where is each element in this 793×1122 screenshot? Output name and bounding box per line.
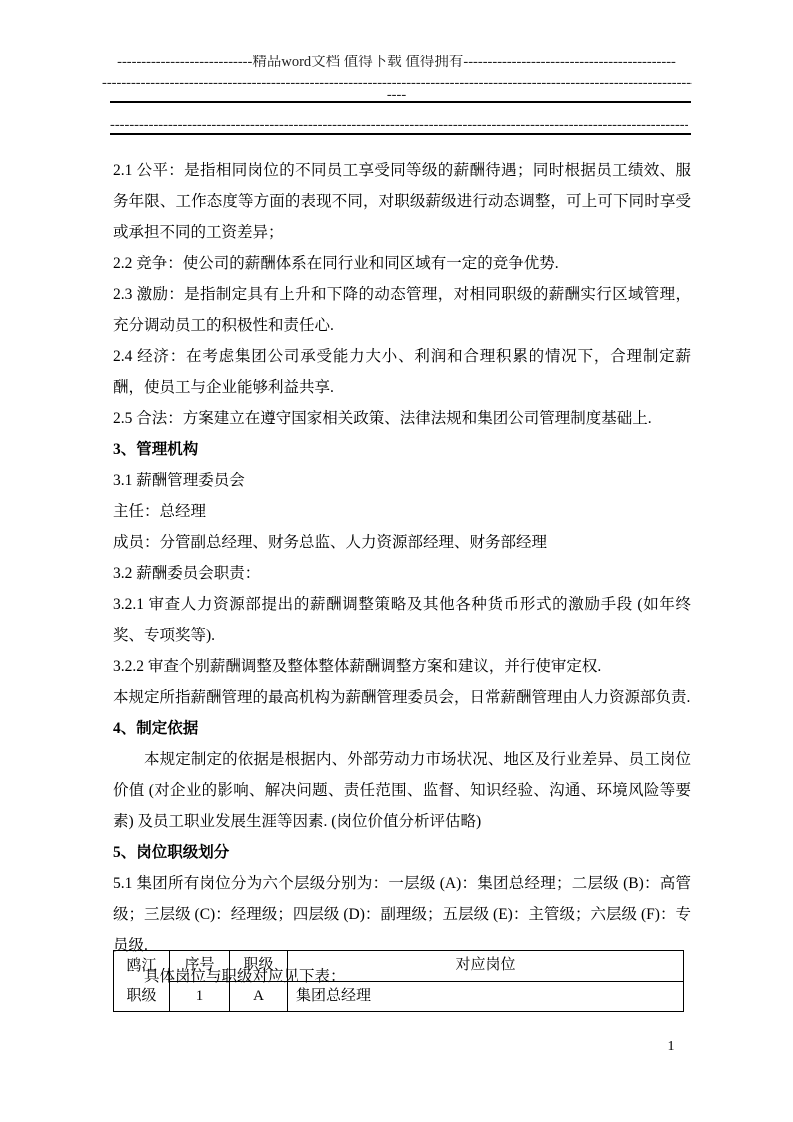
- table-corner-header: 鸥江职级: [114, 951, 170, 1012]
- paragraph-note: 本规定所指薪酬管理的最高机构为薪酬管理委员会，日常薪酬管理由人力资源部负责.: [113, 682, 691, 713]
- section-heading-5: 5、岗位职级划分: [113, 837, 691, 868]
- page-number: 1: [660, 1039, 682, 1055]
- table-header-row: 鸥江职级 序号 职级 对应岗位: [114, 951, 684, 982]
- section-heading-4: 4、制定依据: [113, 713, 691, 744]
- paragraph-basis: 本规定制定的依据是根据内、外部劳动力市场状况、地区及行业差异、员工岗位价值 (对…: [113, 744, 691, 837]
- grade-table: 鸥江职级 序号 职级 对应岗位 1 A 集团总经理: [113, 950, 684, 1012]
- document-page: ----------------------------精品word文档 值得下…: [0, 0, 793, 1122]
- section-heading-3: 3、管理机构: [113, 434, 691, 465]
- paragraph-2-5: 2.5 合法：方案建立在遵守国家相关政策、法律法规和集团公司管理制度基础上.: [113, 403, 691, 434]
- table-row: 1 A 集团总经理: [114, 981, 684, 1012]
- document-body: 2.1 公平：是指相同岗位的不同员工享受同等级的薪酬待遇；同时根据员工绩效、服务…: [113, 155, 691, 992]
- paragraph-3-2-1: 3.2.1 审查人力资源部提出的薪酬调整策略及其他各种货币形式的激励手段 (如年…: [113, 589, 691, 651]
- paragraph-2-4: 2.4 经济：在考虑集团公司承受能力大小、利润和合理积累的情况下，合理制定薪酬，…: [113, 341, 691, 403]
- paragraph-3-1: 3.1 薪酬管理委员会: [113, 465, 691, 496]
- paragraph-2-1: 2.1 公平：是指相同岗位的不同员工享受同等级的薪酬待遇；同时根据员工绩效、服务…: [113, 155, 691, 248]
- header-rule-top: [110, 101, 691, 103]
- paragraph-3-2: 3.2 薪酬委员会职责：: [113, 558, 691, 589]
- header-note: ----------------------------精品word文档 值得下…: [99, 55, 694, 70]
- table-cell-position: 集团总经理: [288, 981, 684, 1012]
- paragraph-director: 主任：总经理: [113, 496, 691, 527]
- paragraph-members: 成员：分管副总经理、财务总监、人力资源部经理、财务部经理: [113, 527, 691, 558]
- header-rule-bottom: [110, 133, 691, 135]
- header-dash-row-2: ----------------------------------------…: [110, 118, 688, 133]
- table-col-header-position: 对应岗位: [288, 951, 684, 982]
- paragraph-2-3: 2.3 激励：是指制定具有上升和下降的动态管理，对相同职级的薪酬实行区域管理，充…: [113, 279, 691, 341]
- paragraph-3-2-2: 3.2.2 审查个别薪酬调整及整体整体薪酬调整方案和建议，并行使审定权.: [113, 651, 691, 682]
- table-cell-seq: 1: [170, 981, 230, 1012]
- table-cell-grade: A: [230, 981, 288, 1012]
- paragraph-5-1: 5.1 集团所有岗位分为六个层级分别为：一层级 (A)：集团总经理；二层级 (B…: [113, 868, 691, 961]
- table-col-header-seq: 序号: [170, 951, 230, 982]
- paragraph-2-2: 2.2 竞争：使公司的薪酬体系在同行业和同区域有一定的竞争优势.: [113, 248, 691, 279]
- table-col-header-grade: 职级: [230, 951, 288, 982]
